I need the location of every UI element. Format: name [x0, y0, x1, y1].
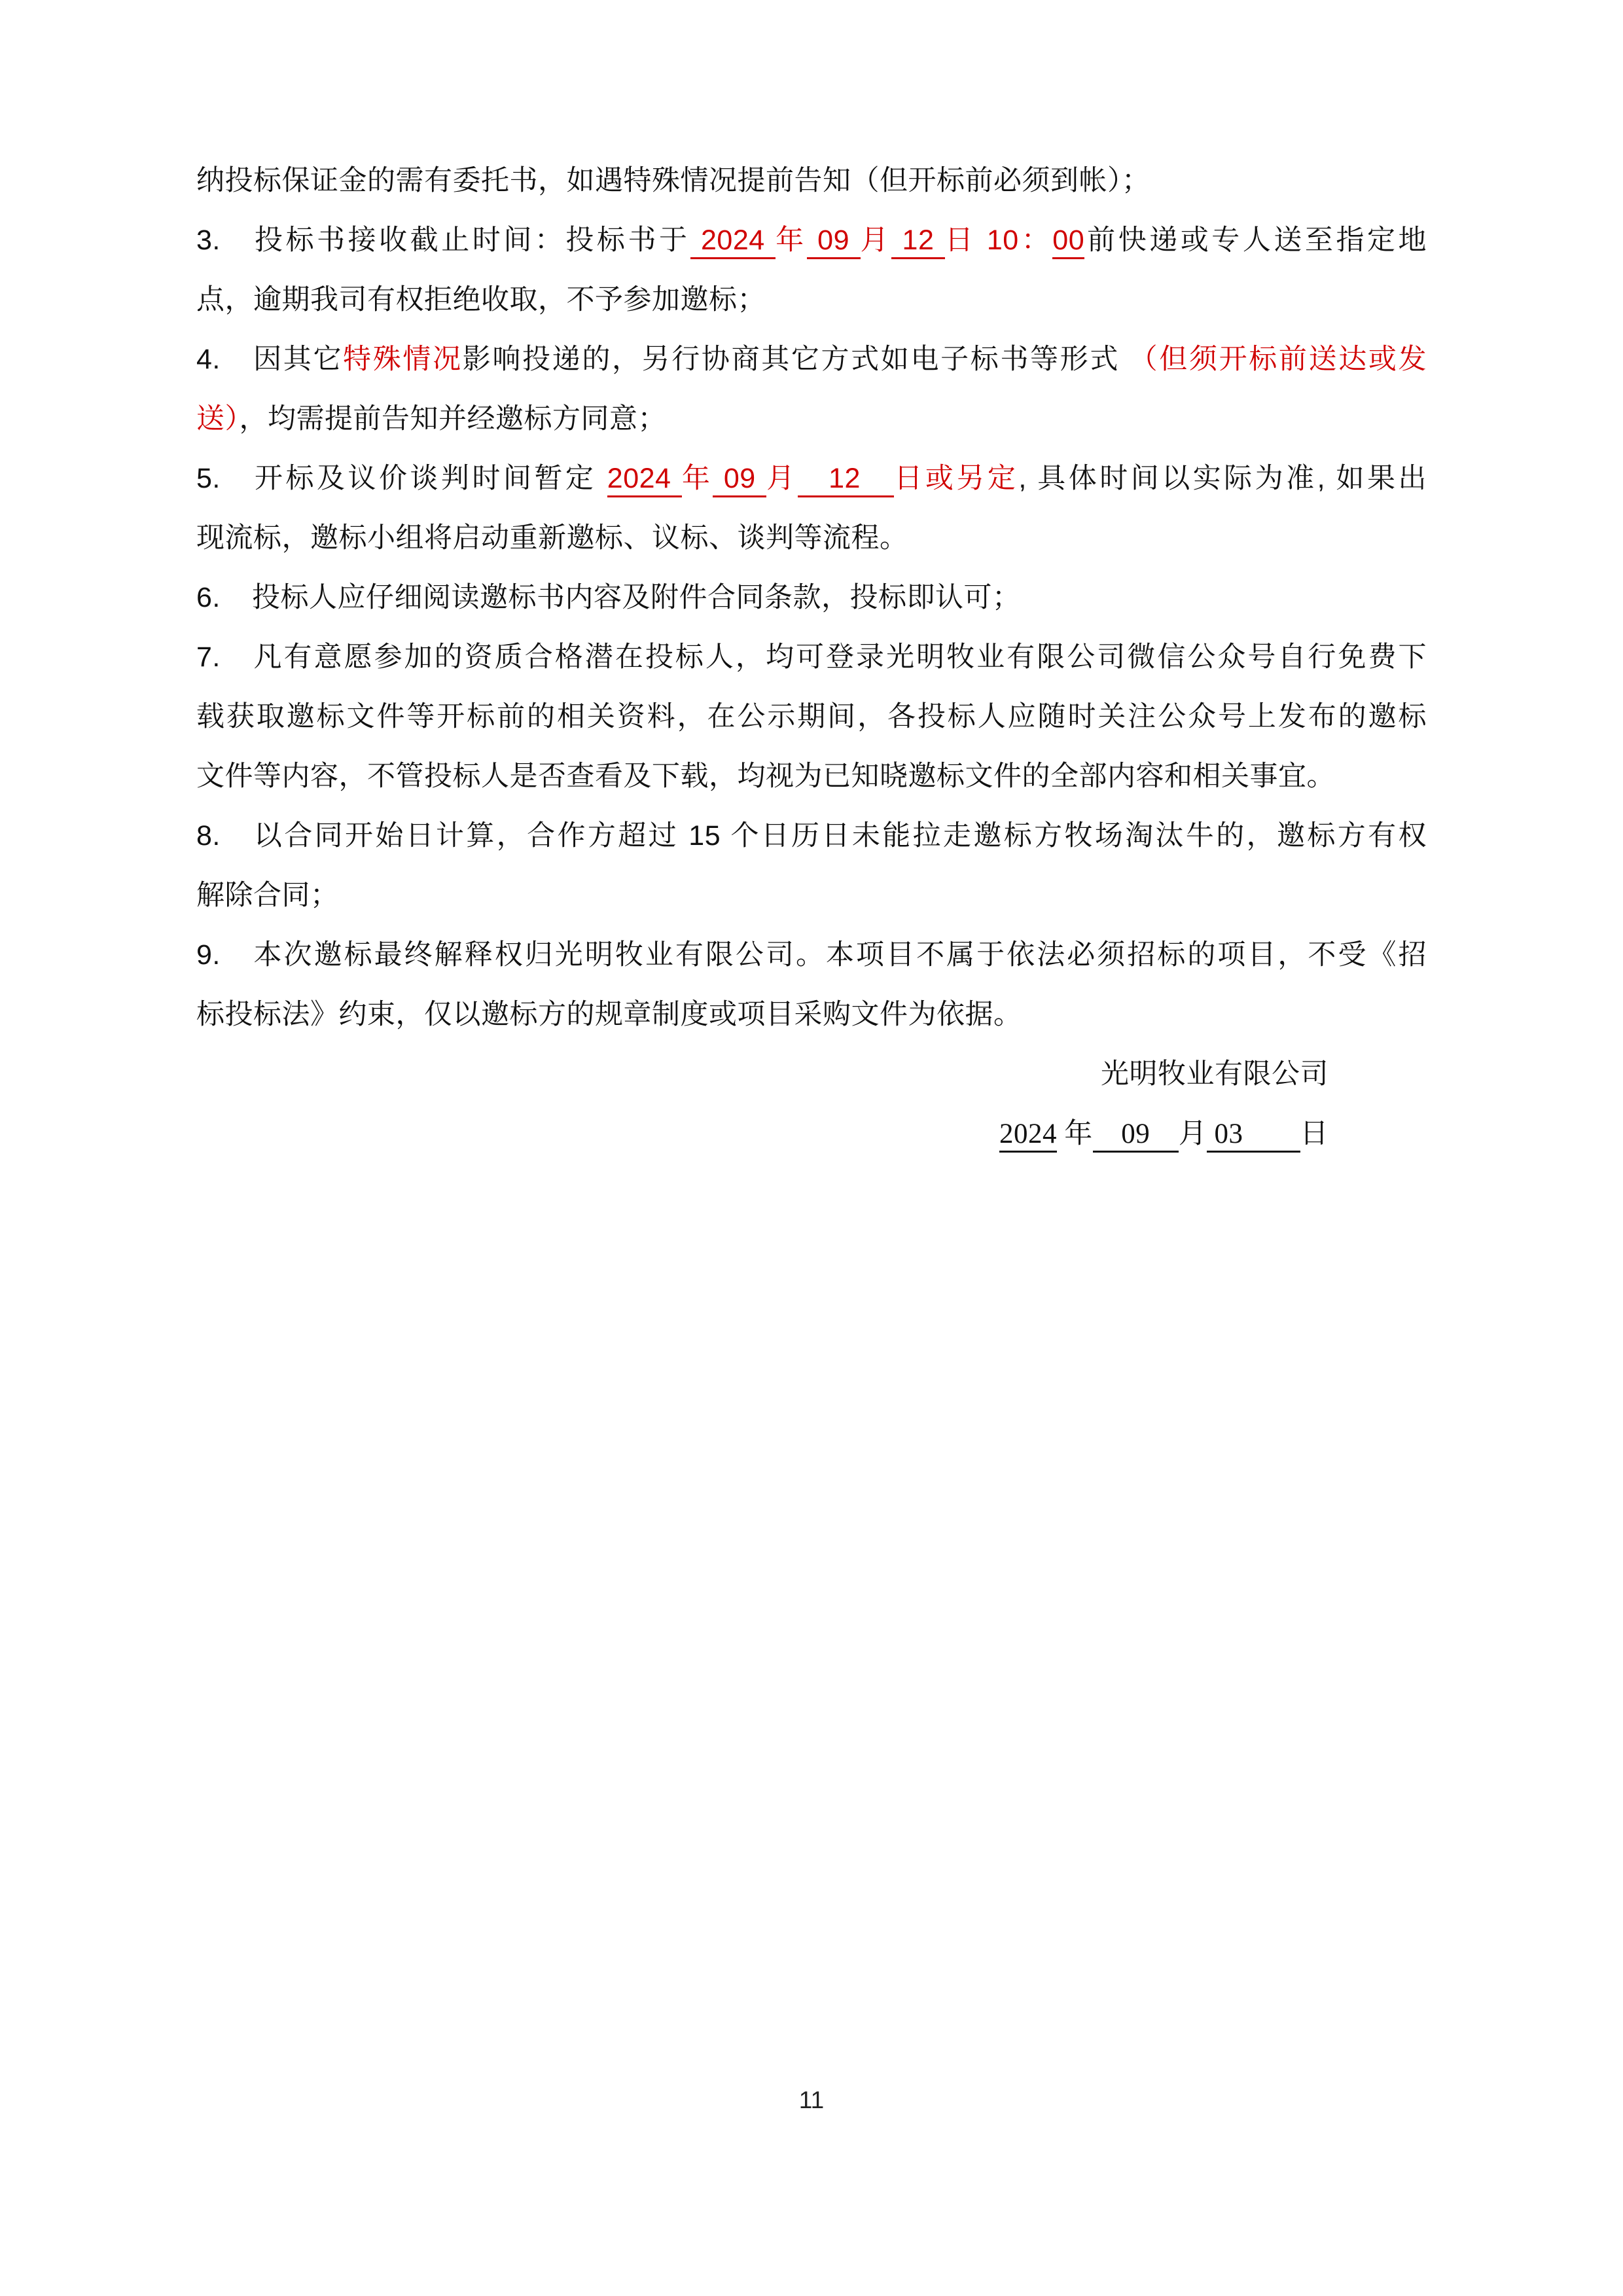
list-number: 3.	[196, 211, 252, 270]
text-run: 本次邀标最终解释权归光明牧业有限公司。本项目不属于依法必须招标的项目，不受《招	[252, 939, 1427, 971]
text-run: 年	[776, 224, 807, 256]
text-run: 投标人应仔细阅读邀标书内容及附件合同条款，投标即认可；	[252, 582, 1021, 613]
text-run: 文件等内容，不管投标人是否查看及下载，均视为已知晓邀标文件的全部内容和相关事宜。	[196, 761, 1335, 792]
list-number: 7.	[196, 628, 252, 687]
list-number: 4.	[196, 330, 252, 389]
item-9-line-2: 标投标法》约束，仅以邀标方的规章制度或项目采购文件为依据。	[196, 985, 1427, 1045]
document-page: 纳投标保证金的需有委托书，如遇特殊情况提前告知（但开标前必须到帐）；3.投标书接…	[0, 0, 1623, 2296]
text-run: 特殊情况	[343, 344, 463, 375]
item-7-line-3: 文件等内容，不管投标人是否查看及下载，均视为已知晓邀标文件的全部内容和相关事宜。	[196, 747, 1427, 806]
signature-company-line: 光明牧业有限公司	[196, 1045, 1427, 1104]
text-run: 标投标法》约束，仅以邀标方的规章制度或项目采购文件为依据。	[196, 999, 1022, 1030]
fill-in-blank: 03	[1207, 1119, 1300, 1153]
fill-in-blank: 2024	[607, 463, 682, 497]
signature-date-line: 2024 年 09 月 03 日	[196, 1104, 1427, 1164]
document-body: 纳投标保证金的需有委托书，如遇特殊情况提前告知（但开标前必须到帐）；3.投标书接…	[196, 151, 1427, 1164]
text-run: 10：	[976, 224, 1052, 256]
text-run: 年	[1057, 1119, 1093, 1149]
item-3-line-2: 点，逾期我司有权拒绝收取，不予参加邀标；	[196, 270, 1427, 330]
text-run: 日	[1300, 1119, 1329, 1149]
item-4-line-2: 送），均需提前告知并经邀标方同意；	[196, 389, 1427, 449]
fill-in-blank: 09	[713, 463, 766, 497]
text-run: 开标及议价谈判时间暂定	[252, 463, 607, 494]
text-run: 载获取邀标文件等开标前的相关资料，在公示期间，各投标人应随时关注公众号上发布的邀…	[196, 701, 1427, 732]
text-run: 凡有意愿参加的资质合格潜在投标人，均可登录光明牧业有限公司微信公众号自行免费下	[252, 641, 1427, 673]
item-7-line-1: 7.凡有意愿参加的资质合格潜在投标人，均可登录光明牧业有限公司微信公众号自行免费…	[196, 628, 1427, 687]
text-run: 月	[1179, 1119, 1207, 1149]
fill-in-blank: 09	[807, 224, 861, 259]
text-run: 前快递或专人送至指定地	[1084, 224, 1427, 256]
item-9-line-1: 9.本次邀标最终解释权归光明牧业有限公司。本项目不属于依法必须招标的项目，不受《…	[196, 925, 1427, 985]
text-run: 解除合同；	[196, 880, 339, 911]
fill-in-blank: 12	[891, 224, 945, 259]
fill-in-blank: 12	[798, 463, 895, 497]
item-5-line-2: 现流标，邀标小组将启动重新邀标、议标、谈判等流程。	[196, 509, 1427, 568]
text-run: 投标书接收截止时间：投标书于	[252, 224, 690, 256]
text-run: ，均需提前告知并经邀标方同意；	[240, 403, 667, 435]
item-8-line-1: 8.以合同开始日计算，合作方超过 15 个日历日未能拉走邀标方牧场淘汰牛的，邀标…	[196, 806, 1427, 866]
item-6-line-1: 6.投标人应仔细阅读邀标书内容及附件合同条款，投标即认可；	[196, 568, 1427, 628]
carryover-paragraph-line: 纳投标保证金的需有委托书，如遇特殊情况提前告知（但开标前必须到帐）；	[196, 151, 1427, 211]
text-run: 月	[766, 463, 798, 494]
list-number: 9.	[196, 925, 252, 985]
text-run: 现流标，邀标小组将启动重新邀标、议标、谈判等流程。	[196, 522, 908, 554]
text-run: 纳投标保证金的需有委托书，如遇特殊情况提前告知（但开标前必须到帐）；	[196, 165, 1150, 196]
item-7-line-2: 载获取邀标文件等开标前的相关资料，在公示期间，各投标人应随时关注公众号上发布的邀…	[196, 687, 1427, 747]
page-number: 11	[0, 2087, 1623, 2114]
list-number: 6.	[196, 568, 252, 628]
text-run: 日或另定	[894, 463, 1018, 494]
fill-in-blank: 09	[1093, 1119, 1179, 1153]
text-run: 月	[861, 224, 892, 256]
text-run: 送）	[196, 403, 240, 435]
text-run: 影响投递的，另行协商其它方式如电子标书等形式	[463, 344, 1130, 375]
list-number: 5.	[196, 449, 252, 509]
list-number: 8.	[196, 806, 252, 866]
text-run: 因其它	[252, 344, 343, 375]
text-run: （但须开标前送达或发	[1130, 344, 1427, 375]
text-run: 以合同开始日计算，合作方超过 15 个日历日未能拉走邀标方牧场淘汰牛的，邀标方有…	[252, 820, 1427, 852]
text-run: 点，逾期我司有权拒绝收取，不予参加邀标；	[196, 284, 766, 315]
item-5-line-1: 5.开标及议价谈判时间暂定 2024 年 09 月 12 日或另定, 具体时间以…	[196, 449, 1427, 509]
text-run: , 具体时间以实际为准, 如果出	[1018, 463, 1427, 494]
item-8-line-2: 解除合同；	[196, 866, 1427, 925]
item-4-line-1: 4.因其它特殊情况影响投递的，另行协商其它方式如电子标书等形式 （但须开标前送达…	[196, 330, 1427, 389]
fill-in-blank: 2024	[690, 224, 776, 259]
fill-in-blank: 2024	[999, 1119, 1057, 1153]
text-run: 日	[945, 224, 976, 256]
text-run: 光明牧业有限公司	[1101, 1059, 1329, 1090]
fill-in-blank: 00	[1052, 224, 1084, 259]
item-3-line-1: 3.投标书接收截止时间：投标书于 2024 年 09 月 12 日 10：00前…	[196, 211, 1427, 270]
text-run: 年	[682, 463, 713, 494]
